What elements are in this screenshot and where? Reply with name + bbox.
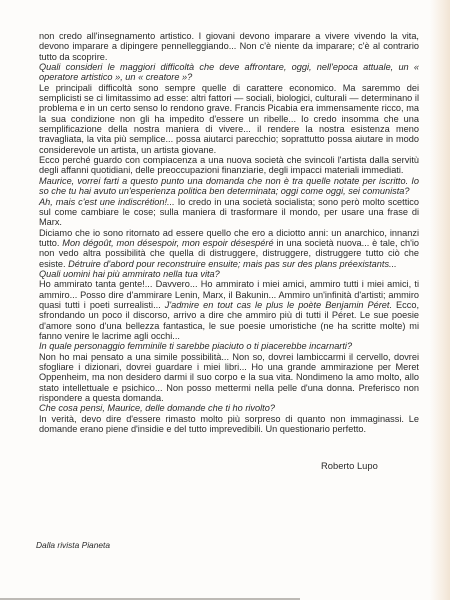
interview-article: non credo all'insegnamento artistico. I … bbox=[39, 31, 419, 434]
author-signature: Roberto Lupo bbox=[321, 460, 378, 471]
italic-text: Ah, mais c'est une indiscrétion!... bbox=[39, 197, 175, 207]
italic-text: Quali consideri le maggiori difficoltà c… bbox=[39, 62, 419, 82]
interview-question: Quali uomini hai più ammirato nella tua … bbox=[39, 269, 419, 279]
italic-text: Mon dégoût, mon désespoir, mon espoir dé… bbox=[62, 238, 273, 248]
interview-answer: Non ho mai pensato a una simile possibil… bbox=[39, 352, 419, 404]
italic-text: Détruire d'abord pour reconstruire ensui… bbox=[68, 259, 397, 269]
body-text: Ecco perché guardo con compiacenza a una… bbox=[39, 155, 419, 175]
interview-question: Maurice, vorrei farti a questo punto una… bbox=[39, 176, 419, 197]
body-text: non credo all'insegnamento artistico. I … bbox=[39, 31, 419, 62]
interview-answer: Diciamo che io sono ritornato ad essere … bbox=[39, 228, 419, 269]
body-text: Le principali difficoltà sono sempre que… bbox=[39, 83, 419, 155]
interview-question: In quale personaggio femminile ti sarebb… bbox=[39, 341, 419, 351]
interview-answer: Ho ammirato tanta gente!... Davvero... H… bbox=[39, 279, 419, 341]
interview-answer: Ah, mais c'est une indiscrétion!... Io c… bbox=[39, 197, 419, 228]
body-text: In verità, devo dire d'essere rimasto mo… bbox=[39, 414, 419, 434]
interview-answer: non credo all'insegnamento artistico. I … bbox=[39, 31, 419, 62]
italic-text: Maurice, vorrei farti a questo punto una… bbox=[39, 176, 419, 196]
page-edge-shadow bbox=[430, 0, 450, 600]
italic-text: In quale personaggio femminile ti sarebb… bbox=[39, 341, 352, 351]
interview-answer: Ecco perché guardo con compiacenza a una… bbox=[39, 155, 419, 176]
source-credit: Dalla rivista Pianeta bbox=[36, 540, 110, 550]
italic-text: Quali uomini hai più ammirato nella tua … bbox=[39, 269, 220, 279]
interview-answer: Le principali difficoltà sono sempre que… bbox=[39, 83, 419, 155]
italic-text: J'admire en tout cas le plus le poète Be… bbox=[165, 300, 392, 310]
interview-question: Quali consideri le maggiori difficoltà c… bbox=[39, 62, 419, 83]
italic-text: Che cosa pensi, Maurice, delle domande c… bbox=[39, 403, 275, 413]
interview-answer: In verità, devo dire d'essere rimasto mo… bbox=[39, 414, 419, 435]
body-text: Non ho mai pensato a una simile possibil… bbox=[39, 352, 419, 403]
interview-question: Che cosa pensi, Maurice, delle domande c… bbox=[39, 403, 419, 413]
